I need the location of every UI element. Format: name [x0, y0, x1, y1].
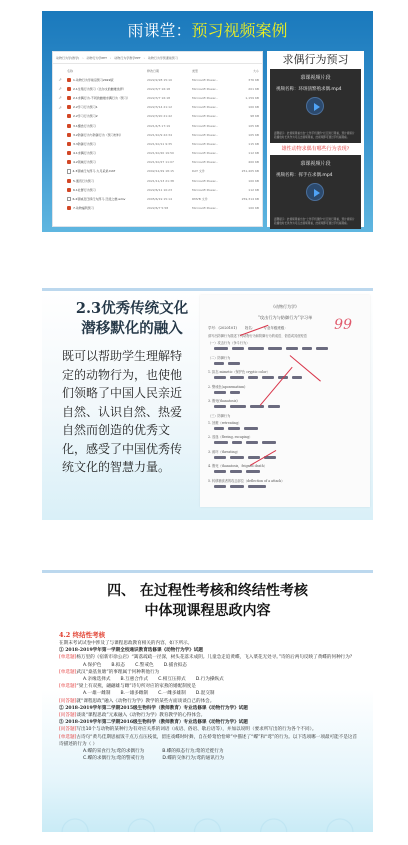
answer-option: D.行为操纵式 [196, 676, 224, 683]
exam-question: [单选题]“梁上有双燕，翩翩雄与雌”诗句所对应的家燕的婚配制度是 [59, 683, 359, 690]
file-size: 115 KB [232, 142, 262, 146]
powerpoint-file-icon [67, 142, 71, 146]
file-name: 3.3防御行为预习 [73, 142, 96, 146]
file-name: 2.1求偶行为-不同的雌雄求偶行为（预习） [73, 96, 130, 100]
powerpoint-file-icon [67, 151, 71, 155]
file-type: Microsoft Power... [192, 78, 232, 82]
breadcrumb-item[interactable]: 动物行为学PPT [87, 56, 107, 60]
file-name: 2.1生殖行为预习（达尔文的雌雄选择） [73, 87, 126, 91]
question-type-tag: [问答题] [59, 713, 76, 718]
breadcrumb-item[interactable]: 动物行为学预课前预习 [148, 56, 178, 60]
answer-options: C.蝶的求偶行为;莺的警戒行为D.蝶的交体行为;莺的通讯行为 [59, 755, 359, 762]
question-type-tag: [单选题] [59, 655, 76, 660]
answer-options: A.蝶的采食行为;莺的求偶行为B.蝶的拟态行为;莺的迁徙行为 [59, 748, 359, 755]
file-name: 3.2防御行为与防御行为（预习材料） [73, 133, 123, 137]
question-text: 杨万里的《宿新市徐公店》“篱落疏疏一径深，树头花落未成阴。儿童急走追黄蝶，飞入菜… [76, 655, 354, 660]
answer-options: A.一雄一雌制B.一雄多雌制C.一雌多雄制D.混交制 [59, 690, 359, 697]
preview-panel: 求偶行为预习 慕课视频片段 视频名称：环斑鸻繁殖求偶.mp4 温馨提示：此视频观… [267, 51, 364, 227]
file-size: 251,405 KB [232, 169, 262, 173]
file-date: 2022/3/7 16:18 [147, 87, 192, 91]
powerpoint-file-icon [67, 78, 71, 82]
powerpoint-file-icon [67, 188, 71, 192]
file-name: 7.动物福利预习 [73, 206, 94, 210]
file-type: Microsoft Power... [192, 142, 232, 146]
question-text: 谈谈“课程思政”元素融入《动物行为学》教育教学的心得体会。 [76, 713, 205, 718]
file-type: Microsoft Power... [192, 96, 232, 100]
answer-option: C.一雌多雄制 [158, 690, 186, 697]
file-type: Microsoft Power... [192, 160, 232, 164]
file-date: 2022/6/7 5:58 [147, 206, 192, 210]
breadcrumb: 动物行为学(教学)› 动物行为学PPT› 动物行为学教学PPT› 动物行为学预课… [53, 52, 262, 64]
file-date: 2005/6/19 15:14 [147, 197, 192, 201]
exam-question: [单选题]武汉“桑基鱼塘”的事理属于何种利他行为 [59, 669, 359, 676]
powerpoint-file-icon [67, 96, 71, 100]
file-size: 98 KB [232, 114, 262, 118]
section-intro: 在期末考试试卷中涉及了与课程思政教育相关的内容，如下所示。 [59, 640, 359, 647]
file-row[interactable]: 3.2防御行为与防御行为（预习材料）2021/10/9 22:34Microso… [53, 130, 262, 139]
answer-option: D.蝶的交体行为;莺的通讯行为 [162, 755, 224, 762]
file-size: 112 KB [232, 188, 262, 192]
exam-title: ③ 2018-2019学年第二学期2016级生物科学（教师教育）专业选修课《动物… [59, 719, 359, 726]
worksheet-score: 99 [334, 317, 352, 333]
slide-rain-classroom-preview: 雨课堂：预习视频案例 动物行为学(教学)› 动物行为学PPT› 动物行为学教学P… [42, 11, 373, 232]
powerpoint-file-icon [67, 124, 71, 128]
preview-question: 雄性动物求偶有哪些行为表现? [267, 143, 364, 155]
answer-option: C.警戒色 [135, 662, 153, 669]
file-size: 100 KB [232, 206, 262, 210]
pin-icon: ⇗ [53, 105, 67, 110]
file-date: 2002/12/29 18:15 [147, 169, 192, 173]
file-date: 2022/3/7 16:18 [147, 96, 192, 100]
file-row[interactable]: 7.动物福利预习2022/6/7 5:58Microsoft Power...1… [53, 204, 262, 213]
file-name: 4.2领域行为预习 [73, 160, 96, 164]
section-subheading: 4.2 终结性考核 [59, 631, 359, 640]
question-type-tag: [单选题] [59, 735, 76, 740]
pin-icon: ⇗ [53, 95, 67, 100]
file-type: Microsoft Power... [192, 179, 232, 183]
file-name: 4.3领域行为预习-九月采录.DAT [73, 169, 116, 173]
powerpoint-file-icon [67, 87, 71, 91]
file-row[interactable]: ⇗1.动物行为学前沿预习2022版2022/2/28 15:10Microsof… [53, 75, 262, 84]
file-size: 112 KB [232, 151, 262, 155]
file-list: ⇗1.动物行为学前沿预习2022版2022/2/28 15:10Microsof… [53, 75, 262, 213]
slide-assessment: 四、 在过程性考核和终结性考核 中体现课程思政内容 4.2 终结性考核 在期末考… [42, 570, 373, 832]
answer-option: B.拟态 [111, 662, 125, 669]
slide-traditional-culture: 2.3优秀传统文化 潜移默化的融入 既可以帮助学生理解特定的动物行为，也使他们领… [42, 288, 373, 520]
file-type: RMVB 文件 [192, 197, 232, 201]
slide1-title: 雨课堂：预习视频案例 [42, 11, 373, 51]
file-type: DAT 文件 [192, 169, 232, 173]
file-row[interactable]: ⇗2.1生殖行为预习（达尔文的雌雄选择）2022/3/7 16:18Micros… [53, 84, 262, 93]
exam-list: ① 2018-2019学年第一学期全校通识教育选修课《动物行为学》试题[单选题]… [59, 647, 359, 762]
exam-title: ② 2018-2019学年第二学期2015级生物科学（教师教育）专业选修课《动物… [59, 705, 359, 712]
file-type: Microsoft Power... [192, 151, 232, 155]
generic-file-icon [67, 197, 71, 202]
answer-option: D.捕食拟态 [164, 662, 187, 669]
file-row[interactable]: 4.1求偶行为预习2021/10/20 19:50Microsoft Power… [53, 149, 262, 158]
video-name: 视频名称：环斑鸻繁殖求偶.mp4 [270, 81, 361, 92]
answer-option: B.互惠合作式 [121, 676, 149, 683]
answer-option: D.混交制 [196, 690, 215, 697]
pin-icon: ⇗ [53, 77, 67, 82]
file-name: 4.1求偶行为预习 [73, 151, 96, 155]
question-type-tag: [单选题] [59, 684, 76, 689]
file-row[interactable]: 3.1摄食行为预习2021/4/5 17:19Microsoft Power..… [53, 121, 262, 130]
file-type: Microsoft Power... [192, 87, 232, 91]
file-row[interactable]: 4.3领域行为预习-九月采录.DAT2002/12/29 18:15DAT 文件… [53, 167, 262, 176]
column-header-size[interactable]: 大小 [232, 69, 262, 73]
file-row[interactable]: ⇗2.1求偶行为-不同的雌雄求偶行为（预习）2022/3/7 16:18Micr… [53, 93, 262, 102]
exam-question: [单选题]杨万里的《宿新市徐公店》“篱落疏疏一径深，树头花落未成阴。儿童急走追黄… [59, 654, 359, 661]
file-date: 2021/4/5 17:19 [147, 124, 192, 128]
exam-question: [单选题]古诗句“黄鸟佳期思福饭千点万点压枝低，留连戏蝶时时舞，自在娇莺恰恰啼”… [59, 734, 359, 748]
file-name: 6.1社群行为预习 [73, 188, 96, 192]
video-note: 温馨提示：此视频观看出自“上传手机课件”栏目进行观看，预计视频片段播放时长供作为… [274, 218, 357, 225]
file-name: 3.1摄食行为预习 [73, 124, 96, 128]
file-size: 1,159 KB [232, 96, 262, 100]
pin-icon: ⇗ [53, 86, 67, 91]
file-row[interactable]: 2.2学习行为预习22022/3/20 21:42Microsoft Power… [53, 112, 262, 121]
exam-question: [问答题]写出10个与动物的某种行为有对应关系的词语（成语、俗语、歇后语等），并… [59, 726, 359, 733]
column-header-type[interactable]: 类型 [192, 69, 232, 73]
generic-file-icon [67, 169, 71, 174]
slide2-heading: 2.3优秀传统文化 潜移默化的融入 [57, 299, 207, 339]
file-size: 400 KB [232, 160, 262, 164]
slide3-heading: 四、 在过程性考核和终结性考核 中体现课程思政内容 [42, 581, 373, 621]
video-note: 温馨提示：此视频观看出自“上传手机课件”栏目进行观看，预计视频片段播放时长供作为… [274, 132, 357, 139]
video-card[interactable]: 慕课视频片段 视频名称：环斑鸻繁殖求偶.mp4 温馨提示：此视频观看出自“上传手… [270, 69, 361, 143]
file-type: Microsoft Power... [192, 114, 232, 118]
powerpoint-file-icon [67, 114, 71, 118]
answer-option: C.蝶的求偶行为;莺的警戒行为 [83, 755, 144, 762]
video-header: 慕课视频片段 [270, 155, 361, 167]
file-size: 105 KB [232, 124, 262, 128]
powerpoint-file-icon [67, 179, 71, 183]
breadcrumb-item[interactable]: 动物行为学教学PPT [114, 56, 140, 60]
file-name: 2.2学习行为预习2 [73, 114, 98, 118]
file-name: 1.动物行为学前沿预习2022版 [73, 78, 114, 82]
worksheet-course: 《动物行为学》 [200, 295, 370, 310]
play-icon[interactable] [306, 97, 324, 115]
file-name: 5.通讯行为预习 [73, 179, 94, 183]
exam-question: [问答题]就“课程思政”融入《动物行为学》教学的某些方面谈谈自己的体会。 [59, 698, 359, 705]
file-size: 201 KB [232, 87, 262, 91]
wave-decoration [42, 792, 373, 832]
file-date: 2021/10/11 9:35 [147, 142, 192, 146]
file-type: Microsoft Power... [192, 188, 232, 192]
powerpoint-file-icon [67, 206, 71, 210]
question-text: “梁上有双燕，翩翩雄与雌”诗句所对应的家燕的婚配制度是 [76, 684, 196, 689]
question-type-tag: [单选题] [59, 670, 76, 675]
file-date: 2021/10/20 19:50 [147, 151, 192, 155]
powerpoint-file-icon [67, 133, 71, 137]
answer-options: A.保护色B.拟态C.警戒色D.捕食拟态 [59, 662, 359, 669]
file-name: 2.2学习行为预习1 [73, 105, 98, 109]
answer-options: A.亲缘选择式B.互惠合作式C.相互压抑式D.行为操纵式 [59, 676, 359, 683]
answer-option: A.亲缘选择式 [83, 676, 111, 683]
slide2-body-text: 既可以帮助学生理解特定的动物行为，也使他们领略了中国人民亲近自然、认识自然、热爱… [62, 347, 192, 477]
file-row[interactable]: 5.通讯行为预习2021/11/13 21:38Microsoft Power.… [53, 176, 262, 185]
file-type: Microsoft Power... [192, 206, 232, 210]
preview-panel-title: 求偶行为预习 [267, 51, 364, 69]
file-row[interactable]: 6.1社群行为预习2022/6/11 10:23Microsoft Power.… [53, 185, 262, 194]
powerpoint-file-icon [67, 105, 71, 109]
file-row[interactable]: 4.2领域行为预习2021/10/27 11:07Microsoft Power… [53, 158, 262, 167]
answer-option: A.一雄一雌制 [83, 690, 111, 697]
file-name: 6.2领域及迁移行为预习-迁徙之旅.wmv [73, 197, 126, 201]
question-text: 写出10个与动物的某种行为有对应关系的词语（成语、俗语、歇后语等），并加以说明（… [76, 727, 316, 732]
file-date: 2022/6/11 10:23 [147, 188, 192, 192]
file-size: 105 KB [232, 133, 262, 137]
breadcrumb-item[interactable]: 动物行为学(教学) [56, 56, 79, 60]
file-date: 2022/3/14 21:12 [147, 105, 192, 109]
file-list-header: 名称 修改日期 类型 大小 [53, 64, 262, 75]
file-type: Microsoft Power... [192, 133, 232, 137]
answer-option: A.保护色 [83, 662, 101, 669]
file-date: 2022/2/28 15:10 [147, 78, 192, 82]
question-text: 就“课程思政”融入《动物行为学》教学的某些方面谈谈自己的体会。 [76, 699, 214, 704]
exam-question: [问答题]谈谈“课程思政”元素融入《动物行为学》教育教学的心得体会。 [59, 712, 359, 719]
answer-option: B.蝶的拟态行为;莺的迁徙行为 [162, 748, 223, 755]
file-date: 2021/10/27 11:07 [147, 160, 192, 164]
file-size: 259,314 KB [232, 197, 262, 201]
video-card[interactable]: 慕课视频片段 视频名称：挥手在求偶.mp4 温馨提示：此视频观看出自“上传手机课… [270, 155, 361, 229]
question-text: 古诗句“黄鸟佳期思福饭千点万点压枝低，留连戏蝶时时舞，自在娇莺恰恰啼”中描述了“… [59, 735, 357, 747]
question-type-tag: [问答题] [59, 699, 76, 704]
exam-title: ① 2018-2019学年第一学期全校通识教育选修课《动物行为学》试题 [59, 647, 359, 654]
file-type: Microsoft Power... [192, 124, 232, 128]
video-header: 慕课视频片段 [270, 69, 361, 81]
file-type: Microsoft Power... [192, 105, 232, 109]
file-size: 100 KB [232, 105, 262, 109]
answer-option: A.蝶的采食行为;莺的求偶行为 [83, 748, 144, 755]
file-size: 376 KB [232, 78, 262, 82]
file-date: 2021/11/13 21:38 [147, 179, 192, 183]
play-icon[interactable] [306, 183, 324, 201]
file-explorer: 动物行为学(教学)› 动物行为学PPT› 动物行为学教学PPT› 动物行为学预课… [52, 51, 263, 227]
file-row[interactable]: ⇗2.2学习行为预习12022/3/14 21:12Microsoft Powe… [53, 103, 262, 112]
file-row[interactable]: 3.3防御行为预习2021/10/11 9:35Microsoft Power.… [53, 139, 262, 148]
question-type-tag: [问答题] [59, 727, 76, 732]
scanned-worksheet: 《动物行为学》 “攻击行为与防御行为”学习单 学号：(2020101) 姓名： … [200, 295, 370, 507]
question-text: 武汉“桑基鱼塘”的事理属于何种利他行为 [76, 670, 159, 675]
powerpoint-file-icon [67, 160, 71, 164]
file-size: 100 KB [232, 179, 262, 183]
file-date: 2021/10/9 22:34 [147, 133, 192, 137]
column-header-date[interactable]: 修改日期 [147, 69, 192, 73]
video-name: 视频名称：挥手在求偶.mp4 [270, 167, 361, 178]
column-header-name[interactable]: 名称 [67, 69, 147, 73]
answer-option: B.一雄多雌制 [121, 690, 149, 697]
exam-content: 4.2 终结性考核 在期末考试试卷中涉及了与课程思政教育相关的内容，如下所示。 … [59, 631, 359, 762]
answer-option: C.相互压抑式 [158, 676, 186, 683]
file-row[interactable]: 6.2领域及迁移行为预习-迁徙之旅.wmv2005/6/19 15:14RMVB… [53, 194, 262, 203]
file-date: 2022/3/20 21:42 [147, 114, 192, 118]
